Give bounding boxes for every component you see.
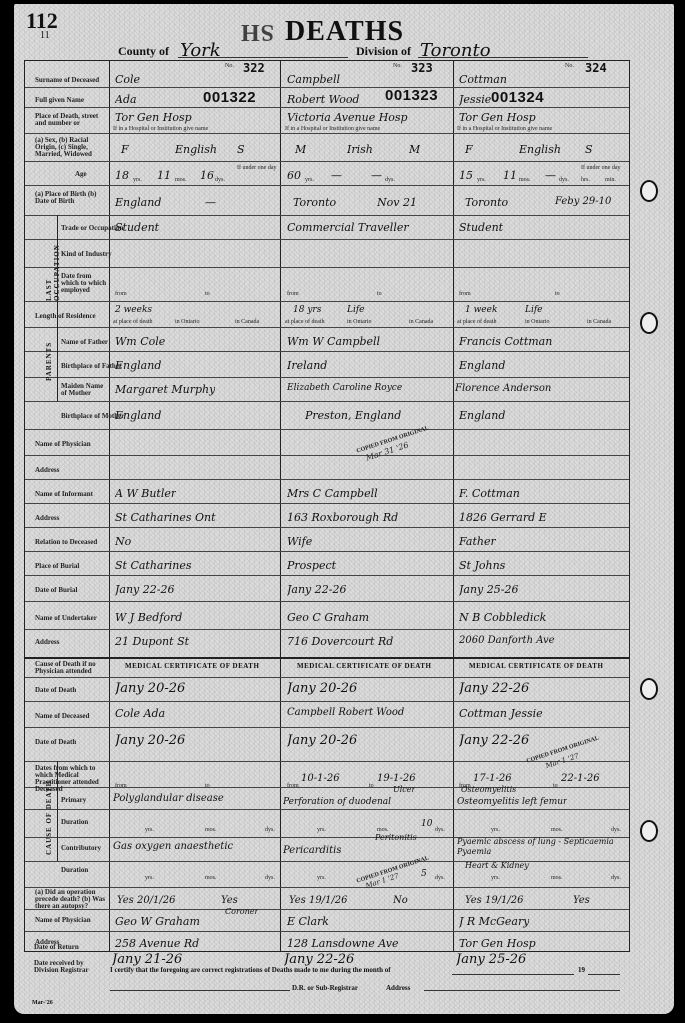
dys-label: dys. <box>611 827 621 833</box>
age-days: 16 <box>200 169 214 182</box>
binding-hole <box>640 820 658 842</box>
row-line <box>25 861 629 862</box>
med-address: 258 Avenue Rd <box>115 937 199 950</box>
label-mother-maiden: Maiden Name of Mother <box>61 383 107 397</box>
primary-cause: Osteomyelitis left femur <box>457 797 567 807</box>
med-name: Cottman Jessie <box>459 707 543 720</box>
label-burial-date: Date of Burial <box>35 587 77 594</box>
age-months: 11 <box>503 169 517 182</box>
med-physician: J R McGeary <box>459 915 529 928</box>
to-label: to <box>555 291 560 297</box>
in-ontario-label: in Ontario <box>347 319 372 325</box>
mos-label: mos. <box>205 875 217 881</box>
address-line <box>424 990 620 991</box>
mother-birthplace: England <box>459 409 505 422</box>
row-line <box>25 239 629 240</box>
registration-stamp: 001323 <box>385 87 438 104</box>
residence-place: 2 weeks <box>115 305 152 315</box>
trade: Student <box>459 221 503 234</box>
attended-to: 22-1-26 <box>561 773 600 784</box>
birth-date: — <box>205 196 216 209</box>
mos-label: mos. <box>551 875 563 881</box>
autopsy: Yes <box>573 895 590 906</box>
mother-maiden: Elizabeth Caroline Royce <box>287 383 402 393</box>
row-line <box>25 887 629 888</box>
received-date: Jany 22-26 <box>284 952 354 967</box>
label-birth: (a) Place of Birth (b) Date of Birth <box>35 191 107 205</box>
place-of-death: Tor Gen Hosp <box>459 111 536 124</box>
no-label: No. <box>565 63 574 69</box>
racial-origin: English <box>175 143 217 156</box>
label-place-of-death: Place of Death, street and number or <box>35 113 107 127</box>
father-name: Wm W Campbell <box>287 335 380 348</box>
marital-status: M <box>409 143 420 156</box>
column-divider <box>280 61 281 951</box>
label-med-physician: Name of Physician <box>35 917 91 924</box>
to-label: to <box>377 291 382 297</box>
hospital-note: If in a Hospital or Institution give nam… <box>113 126 208 132</box>
register-table: LAST OCCUPATION PARENTS CAUSE OF DEATH S… <box>24 60 630 952</box>
row-line <box>25 107 629 108</box>
yrs-label: yrs. <box>133 177 142 183</box>
from-label: from <box>287 783 299 789</box>
from-label: from <box>287 291 299 297</box>
trade: Commercial Traveller <box>287 221 409 234</box>
primary-cause: Polyglandular disease <box>113 793 224 804</box>
birth-place: Toronto <box>465 196 508 209</box>
under-one-day-label: If under one day <box>581 165 620 171</box>
operation: Yes 19/1/26 <box>465 895 524 906</box>
label-employed-dates: Date from which to which employed <box>61 273 107 294</box>
death-date: Jany 20-26 <box>115 681 185 696</box>
med-death-date: Jany 22-26 <box>459 733 529 748</box>
to-label: to <box>205 291 210 297</box>
section-parents: PARENTS <box>45 311 53 381</box>
row-line <box>25 527 629 528</box>
med-physician: E Clark <box>287 915 329 928</box>
county-label: County of <box>118 44 169 59</box>
mother-birthplace: England <box>115 409 161 422</box>
row-line <box>25 809 629 810</box>
age-years: 60 <box>287 169 301 182</box>
row-line <box>25 657 629 659</box>
label-primary: Primary <box>61 797 86 804</box>
from-label: from <box>459 291 471 297</box>
residence-ontario: Life <box>525 305 543 315</box>
year-prefix: 19 <box>578 966 585 974</box>
label-trade: Trade or Occupation <box>61 225 123 232</box>
residence-place: 18 yrs <box>293 305 321 315</box>
contributory-cause: Gas oxygen anaesthetic <box>113 841 233 852</box>
contributory-cause: Pericarditis <box>283 845 341 856</box>
section-last-occupation: LAST OCCUPATION <box>45 221 61 301</box>
label-med-death-date: Date of Death <box>35 739 76 746</box>
surname: Campbell <box>287 73 340 86</box>
label-duration: Duration <box>61 819 88 826</box>
burial-date: Jany 22-26 <box>287 583 346 596</box>
undertaker-address: 716 Dovercourt Rd <box>287 635 393 648</box>
primary-note: Osteomyelitis <box>461 785 516 794</box>
med-cert-header: MEDICAL CERTIFICATE OF DEATH <box>125 662 259 670</box>
label-attended-dates: Dates from which to which Medical Practi… <box>35 765 107 793</box>
record-number: 323 <box>411 61 433 75</box>
undertaker-address: 21 Dupont St <box>115 635 189 648</box>
row-line <box>25 761 629 762</box>
row-line <box>25 601 629 602</box>
year-blank <box>588 974 620 975</box>
certify-statement: I certify that the foregoing are correct… <box>110 966 391 974</box>
autopsy: Yes <box>221 895 238 906</box>
from-label: from <box>115 291 127 297</box>
address-label: Address <box>386 984 410 992</box>
father-birthplace: England <box>459 359 505 372</box>
row-line <box>25 377 629 378</box>
row-line <box>25 701 629 702</box>
record-number: 322 <box>243 61 265 75</box>
row-line <box>25 551 629 552</box>
row-line <box>25 401 629 402</box>
row-line <box>25 677 629 678</box>
attended-from: 10-1-26 <box>301 773 340 784</box>
row-line <box>25 185 629 186</box>
marital-status: S <box>237 143 245 156</box>
primary-note: Ulcer <box>393 785 415 794</box>
med-death-date: Jany 20-26 <box>287 733 357 748</box>
label-residence: Length of Residence <box>35 313 96 320</box>
undertaker-name: Geo C Graham <box>287 611 369 624</box>
sex: M <box>295 143 306 156</box>
row-line <box>25 909 629 910</box>
mos-label: mos. <box>519 177 531 183</box>
dys-label: dys. <box>265 875 275 881</box>
med-name: Cole Ada <box>115 707 165 720</box>
section-divider <box>57 215 58 301</box>
age-days: — <box>545 169 556 182</box>
yrs-label: yrs. <box>491 827 500 833</box>
row-line <box>25 351 629 352</box>
label-undertaker-name: Name of Undertaker <box>35 615 97 622</box>
label-physician-address: Address <box>35 467 59 474</box>
relation: Wife <box>287 535 312 548</box>
column-divider <box>629 61 630 951</box>
label-duration-2: Duration <box>61 867 88 874</box>
label-informant-name: Name of Informant <box>35 491 93 498</box>
row-line <box>25 575 629 576</box>
birth-date: Feby 29-10 <box>555 196 611 207</box>
at-place-label: at place of death <box>285 319 324 325</box>
label-surname: Surname of Deceased <box>35 77 99 84</box>
contributory-note: Heart & Kidney <box>465 861 529 870</box>
place-of-death: Tor Gen Hosp <box>115 111 192 124</box>
binding-hole <box>640 678 658 700</box>
binding-hole <box>640 180 658 202</box>
father-birthplace: England <box>115 359 161 372</box>
father-birthplace: Ireland <box>287 359 327 372</box>
age-days: — <box>371 169 382 182</box>
hospital-note: If in a Hospital or Institution give nam… <box>285 126 380 132</box>
death-date: Jany 20-26 <box>287 681 357 696</box>
contributory-note: Peritonitis <box>375 833 417 842</box>
label-death-date: Date of Death <box>35 687 76 694</box>
birth-place: Toronto <box>293 196 336 209</box>
duration-days-2: 5 <box>421 869 427 879</box>
to-label: to <box>369 783 374 789</box>
registration-stamp: 001324 <box>491 89 544 106</box>
mother-maiden: Margaret Murphy <box>115 383 215 396</box>
med-address: Tor Gen Hosp <box>459 937 536 950</box>
informant-address: 163 Roxborough Rd <box>287 511 398 524</box>
birth-place: England <box>115 196 161 209</box>
primary-cause: Perforation of duodenal <box>283 797 391 807</box>
month-blank <box>452 974 574 975</box>
label-med-name: Name of Deceased <box>35 713 89 720</box>
row-line <box>25 327 629 328</box>
given-name: Robert Wood <box>287 93 359 106</box>
dys-label: dys. <box>611 875 621 881</box>
label-contributory: Contributory <box>61 845 101 852</box>
row-line <box>25 931 629 932</box>
age-years: 18 <box>115 169 129 182</box>
dys-label: dys. <box>215 177 225 183</box>
racial-origin: English <box>519 143 561 156</box>
in-canada-label: in Canada <box>587 319 611 325</box>
in-ontario-label: in Ontario <box>175 319 200 325</box>
label-cause-no-physician: Cause of Death if no Physician attended <box>35 661 107 675</box>
given-name: Ada <box>115 93 137 106</box>
registrar-label: D.R. or Sub-Registrar <box>292 984 358 992</box>
informant-name: Mrs C Campbell <box>287 487 378 500</box>
label-relation: Relation to Deceased <box>35 539 97 546</box>
trade: Student <box>115 221 159 234</box>
informant-name: A W Butler <box>115 487 176 500</box>
label-burial-place: Place of Burial <box>35 563 79 570</box>
mos-label: mos. <box>175 177 187 183</box>
marital-status: S <box>585 143 593 156</box>
division-label: Division of <box>356 44 411 59</box>
med-physician: Geo W Graham <box>115 915 200 928</box>
form-code: Mar-'26 <box>32 1000 53 1006</box>
med-death-date: Jany 20-26 <box>115 733 185 748</box>
age-months: — <box>331 169 342 182</box>
dys-label: dys. <box>265 827 275 833</box>
row-line <box>25 215 629 216</box>
father-name: Francis Cottman <box>459 335 552 348</box>
label-informant-address: Address <box>35 515 59 522</box>
registrar-signature-line <box>110 990 290 991</box>
row-line <box>25 479 629 480</box>
age-years: 15 <box>459 169 473 182</box>
row-line <box>25 455 629 456</box>
label-father-birthplace: Birthplace of Father <box>61 363 122 370</box>
label-father-name: Name of Father <box>61 339 108 346</box>
burial-date: Jany 25-26 <box>459 583 518 596</box>
page-number-sub: 11 <box>40 30 50 41</box>
row-line <box>25 429 629 430</box>
division-underline <box>418 57 588 58</box>
under-one-day-label: If under one day <box>237 165 276 171</box>
birth-date: Nov 21 <box>377 196 417 209</box>
row-line <box>25 133 629 134</box>
dys-label: dys. <box>435 875 445 881</box>
column-divider <box>109 61 110 951</box>
label-physician-name: Name of Physician <box>35 441 91 448</box>
mos-label: mos. <box>551 827 563 833</box>
label-return-date: Date of Return <box>34 944 79 951</box>
yrs-label: yrs. <box>145 827 154 833</box>
yrs-label: yrs. <box>317 827 326 833</box>
undertaker-name: N B Cobbledick <box>459 611 546 624</box>
mos-label: mos. <box>205 827 217 833</box>
row-line <box>25 301 629 302</box>
label-age: Age <box>75 171 87 178</box>
med-cert-header: MEDICAL CERTIFICATE OF DEATH <box>297 662 431 670</box>
dys-label: dys. <box>435 827 445 833</box>
sex: F <box>121 143 129 156</box>
received-date: Jany 25-26 <box>456 952 526 967</box>
hospital-note: If in a Hospital or Institution give nam… <box>457 126 552 132</box>
operation: Yes 19/1/26 <box>289 895 348 906</box>
binding-hole <box>640 312 658 334</box>
received-date: Jany 21-26 <box>112 952 182 967</box>
informant-address: St Catharines Ont <box>115 511 216 524</box>
registration-stamp: 001322 <box>203 89 256 106</box>
residence-place: 1 week <box>465 305 497 315</box>
no-label: No. <box>225 63 234 69</box>
in-ontario-label: in Ontario <box>525 319 550 325</box>
father-name: Wm Cole <box>115 335 165 348</box>
row-line <box>25 629 629 630</box>
row-line <box>25 727 629 728</box>
place-of-death: Victoria Avenue Hosp <box>287 111 408 124</box>
informant-name: F. Cottman <box>459 487 520 500</box>
duration-days: 10 <box>421 819 432 829</box>
mother-birthplace: Preston, England <box>305 409 401 422</box>
med-address: 128 Lansdowne Ave <box>287 937 398 950</box>
hrs-label: hrs. <box>581 177 590 183</box>
burial-place: Prospect <box>287 559 336 572</box>
surname: Cole <box>115 73 140 86</box>
label-industry: Kind of Industry <box>61 251 112 258</box>
yrs-label: yrs. <box>305 177 314 183</box>
age-months: 11 <box>157 169 171 182</box>
attended-from: 17-1-26 <box>473 773 512 784</box>
dys-label: dys. <box>385 177 395 183</box>
in-canada-label: in Canada <box>409 319 433 325</box>
med-cert-header: MEDICAL CERTIFICATE OF DEATH <box>469 662 603 670</box>
sex: F <box>465 143 473 156</box>
informant-address: 1826 Gerrard E <box>459 511 547 524</box>
county-underline <box>178 57 348 58</box>
in-canada-label: in Canada <box>235 319 259 325</box>
burial-place: St Johns <box>459 559 505 572</box>
at-place-label: at place of death <box>457 319 496 325</box>
yrs-label: yrs. <box>491 875 500 881</box>
no-label: No. <box>393 63 402 69</box>
racial-origin: Irish <box>347 143 373 156</box>
label-given-name: Full given Name <box>35 97 84 104</box>
attended-to: 19-1-26 <box>377 773 416 784</box>
min-label: min. <box>605 177 616 183</box>
to-label: to <box>553 783 558 789</box>
undertaker-name: W J Bedford <box>115 611 182 624</box>
death-date: Jany 22-26 <box>459 681 529 696</box>
yrs-label: yrs. <box>317 875 326 881</box>
row-line <box>25 87 629 88</box>
title-bleedthrough: SH <box>240 18 274 45</box>
yrs-label: yrs. <box>145 875 154 881</box>
burial-date: Jany 22-26 <box>115 583 174 596</box>
row-line <box>25 503 629 504</box>
residence-ontario: Life <box>347 305 365 315</box>
surname: Cottman <box>459 73 507 86</box>
autopsy-note: Coroner <box>225 907 258 916</box>
burial-place: St Catharines <box>115 559 192 572</box>
mother-maiden: Florence Anderson <box>455 383 551 394</box>
yrs-label: yrs. <box>477 177 486 183</box>
label-operation: (a) Did an operation precede death? (b) … <box>35 889 107 910</box>
from-label: from <box>115 783 127 789</box>
contributory-cause: Pyaemic abscess of lung - Septicaemia Py… <box>457 837 627 857</box>
med-name: Campbell Robert Wood <box>287 707 404 718</box>
label-received-date: Date received by Division Registrar <box>34 960 104 974</box>
row-line <box>25 267 629 268</box>
undertaker-address: 2060 Danforth Ave <box>459 635 555 646</box>
at-place-label: at place of death <box>113 319 152 325</box>
column-divider <box>453 61 454 951</box>
relation: Father <box>459 535 496 548</box>
autopsy: No <box>393 895 408 906</box>
record-number: 324 <box>585 61 607 75</box>
dys-label: dys. <box>559 177 569 183</box>
label-sex-origin: (a) Sex, (b) Racial Origin, (c) Single, … <box>35 137 107 158</box>
given-name: Jessie <box>459 93 491 106</box>
label-undertaker-address: Address <box>35 639 59 646</box>
to-label: to <box>205 783 210 789</box>
relation: No <box>115 535 131 548</box>
operation: Yes 20/1/26 <box>117 895 176 906</box>
row-line <box>25 161 629 162</box>
